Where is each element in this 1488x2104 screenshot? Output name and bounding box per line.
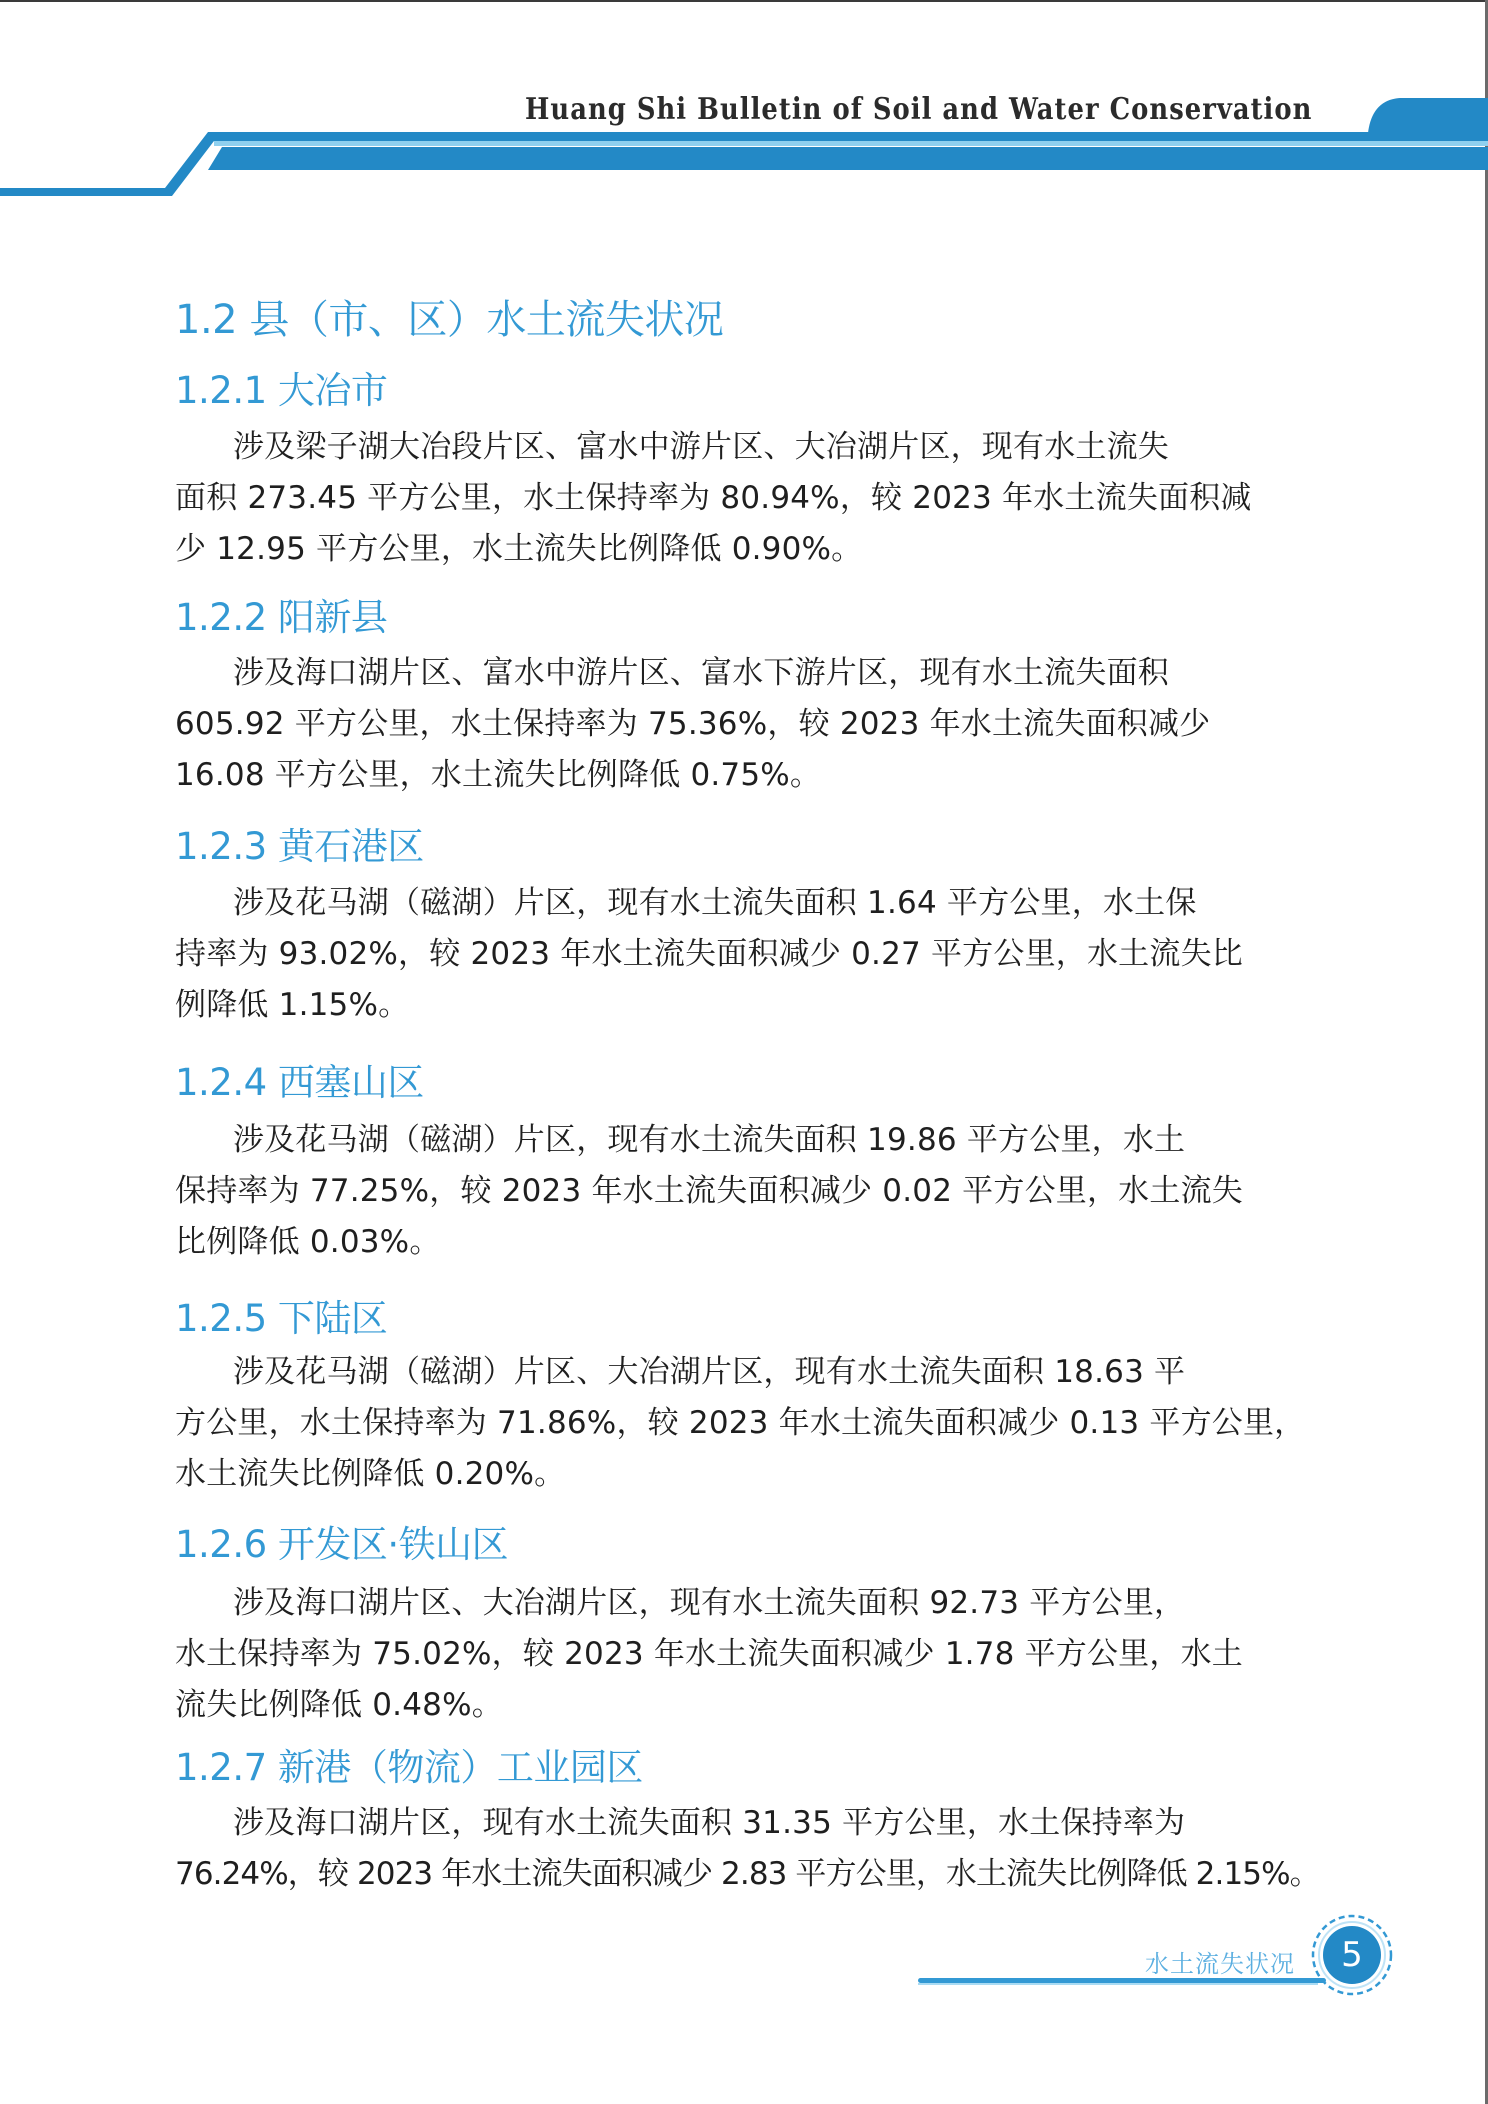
- section-heading: 1.2 县（市、区）水土流失状况: [175, 298, 723, 342]
- subsection-heading-xialu: 1.2.5 下陆区: [175, 1298, 387, 1340]
- paragraph-yangxin: 涉及海口湖片区、富水中游片区、富水下游片区，现有水土流失面积 605.92 平方…: [175, 648, 1315, 801]
- subsection-heading-yangxin: 1.2.2 阳新县: [175, 597, 387, 639]
- paragraph-kaifaqu-tieshan: 涉及海口湖片区、大冶湖片区，现有水土流失面积 92.73 平方公里， 水土保持率…: [175, 1578, 1315, 1731]
- paragraph-line: 涉及梁子湖大冶段片区、富水中游片区、大冶湖片区，现有水土流失: [175, 422, 1315, 473]
- paragraph-xisaishan: 涉及花马湖（磁湖）片区，现有水土流失面积 19.86 平方公里，水土 保持率为 …: [175, 1115, 1315, 1268]
- header-title: Huang Shi Bulletin of Soil and Water Con…: [525, 92, 1243, 132]
- paragraph-line: 流失比例降低 0.48%。: [175, 1680, 1315, 1731]
- paragraph-huangshigang: 涉及花马湖（磁湖）片区，现有水土流失面积 1.64 平方公里，水土保 持率为 9…: [175, 878, 1315, 1031]
- paragraph-line: 涉及海口湖片区，现有水土流失面积 31.35 平方公里，水土保持率为: [175, 1798, 1315, 1849]
- page-border-top: [0, 0, 1488, 2]
- paragraph-line: 16.08 平方公里，水土流失比例降低 0.75%。: [175, 750, 1315, 801]
- paragraph-line: 少 12.95 平方公里，水土流失比例降低 0.90%。: [175, 524, 1315, 575]
- subsection-heading-kaifaqu-tieshan: 1.2.6 开发区·铁山区: [175, 1524, 508, 1566]
- paragraph-line: 涉及海口湖片区、大冶湖片区，现有水土流失面积 92.73 平方公里，: [175, 1578, 1315, 1629]
- paragraph-line: 涉及花马湖（磁湖）片区，现有水土流失面积 1.64 平方公里，水土保: [175, 878, 1315, 929]
- page-number: 5: [1326, 1932, 1378, 1978]
- paragraph-line: 方公里，水土保持率为 71.86%，较 2023 年水土流失面积减少 0.13 …: [175, 1398, 1315, 1449]
- paragraph-line: 保持率为 77.25%，较 2023 年水土流失面积减少 0.02 平方公里，水…: [175, 1166, 1315, 1217]
- paragraph-xingang: 涉及海口湖片区，现有水土流失面积 31.35 平方公里，水土保持率为 76.24…: [175, 1798, 1315, 1900]
- paragraph-line: 面积 273.45 平方公里，水土保持率为 80.94%，较 2023 年水土流…: [175, 473, 1315, 524]
- paragraph-line: 76.24%，较 2023 年水土流失面积减少 2.83 平方公里，水土流失比例…: [175, 1849, 1315, 1900]
- subsection-heading-xingang: 1.2.7 新港（物流）工业园区: [175, 1747, 643, 1789]
- subsection-heading-huangshigang: 1.2.3 黄石港区: [175, 826, 424, 868]
- paragraph-line: 涉及海口湖片区、富水中游片区、富水下游片区，现有水土流失面积: [175, 648, 1315, 699]
- subsection-heading-daye: 1.2.1 大冶市: [175, 370, 387, 412]
- paragraph-line: 涉及花马湖（磁湖）片区、大冶湖片区，现有水土流失面积 18.63 平: [175, 1347, 1315, 1398]
- footer-section-label: 水土流失状况: [1145, 1944, 1295, 1979]
- paragraph-xialu: 涉及花马湖（磁湖）片区、大冶湖片区，现有水土流失面积 18.63 平 方公里，水…: [175, 1347, 1315, 1500]
- subsection-heading-xisaishan: 1.2.4 西塞山区: [175, 1062, 424, 1104]
- paragraph-line: 605.92 平方公里，水土保持率为 75.36%，较 2023 年水土流失面积…: [175, 699, 1315, 750]
- paragraph-line: 持率为 93.02%，较 2023 年水土流失面积减少 0.27 平方公里，水土…: [175, 929, 1315, 980]
- paragraph-line: 水土流失比例降低 0.20%。: [175, 1449, 1315, 1500]
- paragraph-line: 涉及花马湖（磁湖）片区，现有水土流失面积 19.86 平方公里，水土: [175, 1115, 1315, 1166]
- paragraph-line: 例降低 1.15%。: [175, 980, 1315, 1031]
- paragraph-line: 比例降低 0.03%。: [175, 1217, 1315, 1268]
- paragraph-line: 水土保持率为 75.02%，较 2023 年水土流失面积减少 1.78 平方公里…: [175, 1629, 1315, 1680]
- paragraph-daye: 涉及梁子湖大冶段片区、富水中游片区、大冶湖片区，现有水土流失 面积 273.45…: [175, 422, 1315, 575]
